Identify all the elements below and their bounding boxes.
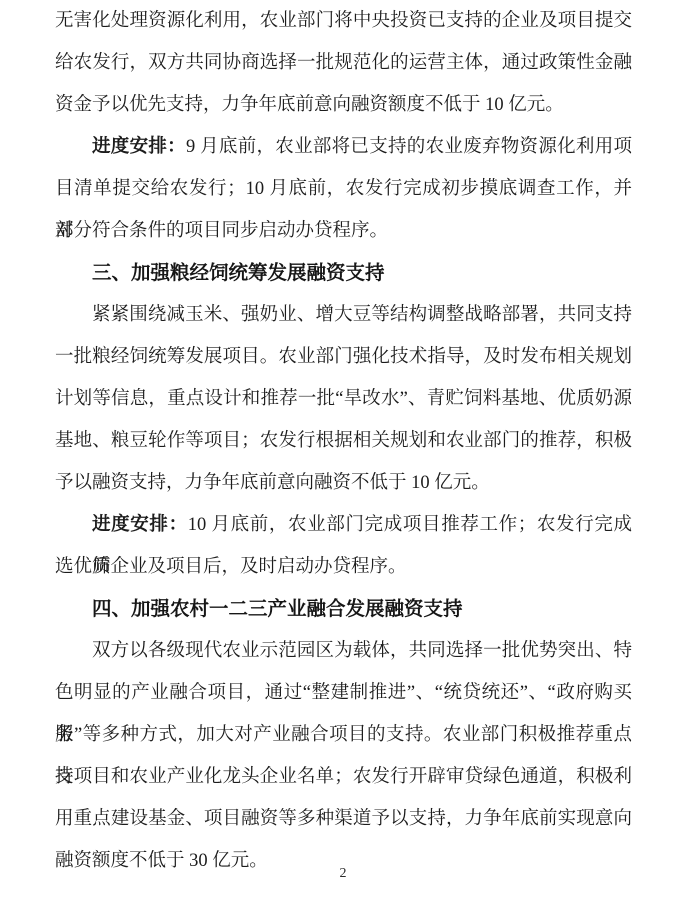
text-line: 双方以各级现代农业示范园区为载体，共同选择一批优势突出、特 — [55, 630, 632, 672]
text-line: 无害化处理资源化利用，农业部门将中央投资已支持的企业及项目提交 — [55, 0, 632, 42]
text-line: 务”等多种方式，加大对产业融合项目的支持。农业部门积极推荐重点支 — [55, 714, 632, 756]
run-in-label: 进度安排： — [92, 515, 188, 535]
text-line: 选优质企业及项目后，及时启动办贷程序。 — [55, 546, 632, 588]
text-line: 一批粮经饲统筹发展项目。农业部门强化技术指导，及时发布相关规划 — [55, 336, 632, 378]
text-line: 持项目和农业产业化龙头企业名单；农发行开辟审贷绿色通道，积极利 — [55, 756, 632, 798]
text-line: 目清单提交给农发行；10 月底前，农发行完成初步摸底调查工作，并对 — [55, 168, 632, 210]
page-number: 2 — [0, 864, 686, 884]
text-line: 给农发行，双方共同协商选择一批规范化的运营主体，通过政策性金融 — [55, 42, 632, 84]
document-page: 无害化处理资源化利用，农业部门将中央投资已支持的企业及项目提交给农发行，双方共同… — [0, 0, 686, 904]
section-heading: 四、加强农村一二三产业融合发展融资支持 — [55, 588, 632, 630]
text-line: 进度安排：9 月底前，农业部将已支持的农业废弃物资源化利用项 — [55, 126, 632, 168]
text-line: 基地、粮豆轮作等项目；农发行根据相关规划和农业部门的推荐，积极 — [55, 420, 632, 462]
text-line: 予以融资支持，力争年底前意向融资不低于 10 亿元。 — [55, 462, 632, 504]
text-line: 色明显的产业融合项目，通过“整建制推进”、“统贷统还”、“政府购买服 — [55, 672, 632, 714]
document-body: 无害化处理资源化利用，农业部门将中央投资已支持的企业及项目提交给农发行，双方共同… — [55, 0, 632, 882]
text-line: 进度安排：10 月底前，农业部门完成项目推荐工作；农发行完成筛 — [55, 504, 632, 546]
text-line: 用重点建设基金、项目融资等多种渠道予以支持，力争年底前实现意向 — [55, 798, 632, 840]
text-line: 紧紧围绕减玉米、强奶业、增大豆等结构调整战略部署，共同支持 — [55, 294, 632, 336]
run-in-label: 进度安排： — [92, 137, 186, 157]
text-line: 计划等信息，重点设计和推荐一批“旱改水”、青贮饲料基地、优质奶源 — [55, 378, 632, 420]
text-line: 资金予以优先支持，力争年底前意向融资额度不低于 10 亿元。 — [55, 84, 632, 126]
text-line: 部分符合条件的项目同步启动办贷程序。 — [55, 210, 632, 252]
section-heading: 三、加强粮经饲统筹发展融资支持 — [55, 252, 632, 294]
